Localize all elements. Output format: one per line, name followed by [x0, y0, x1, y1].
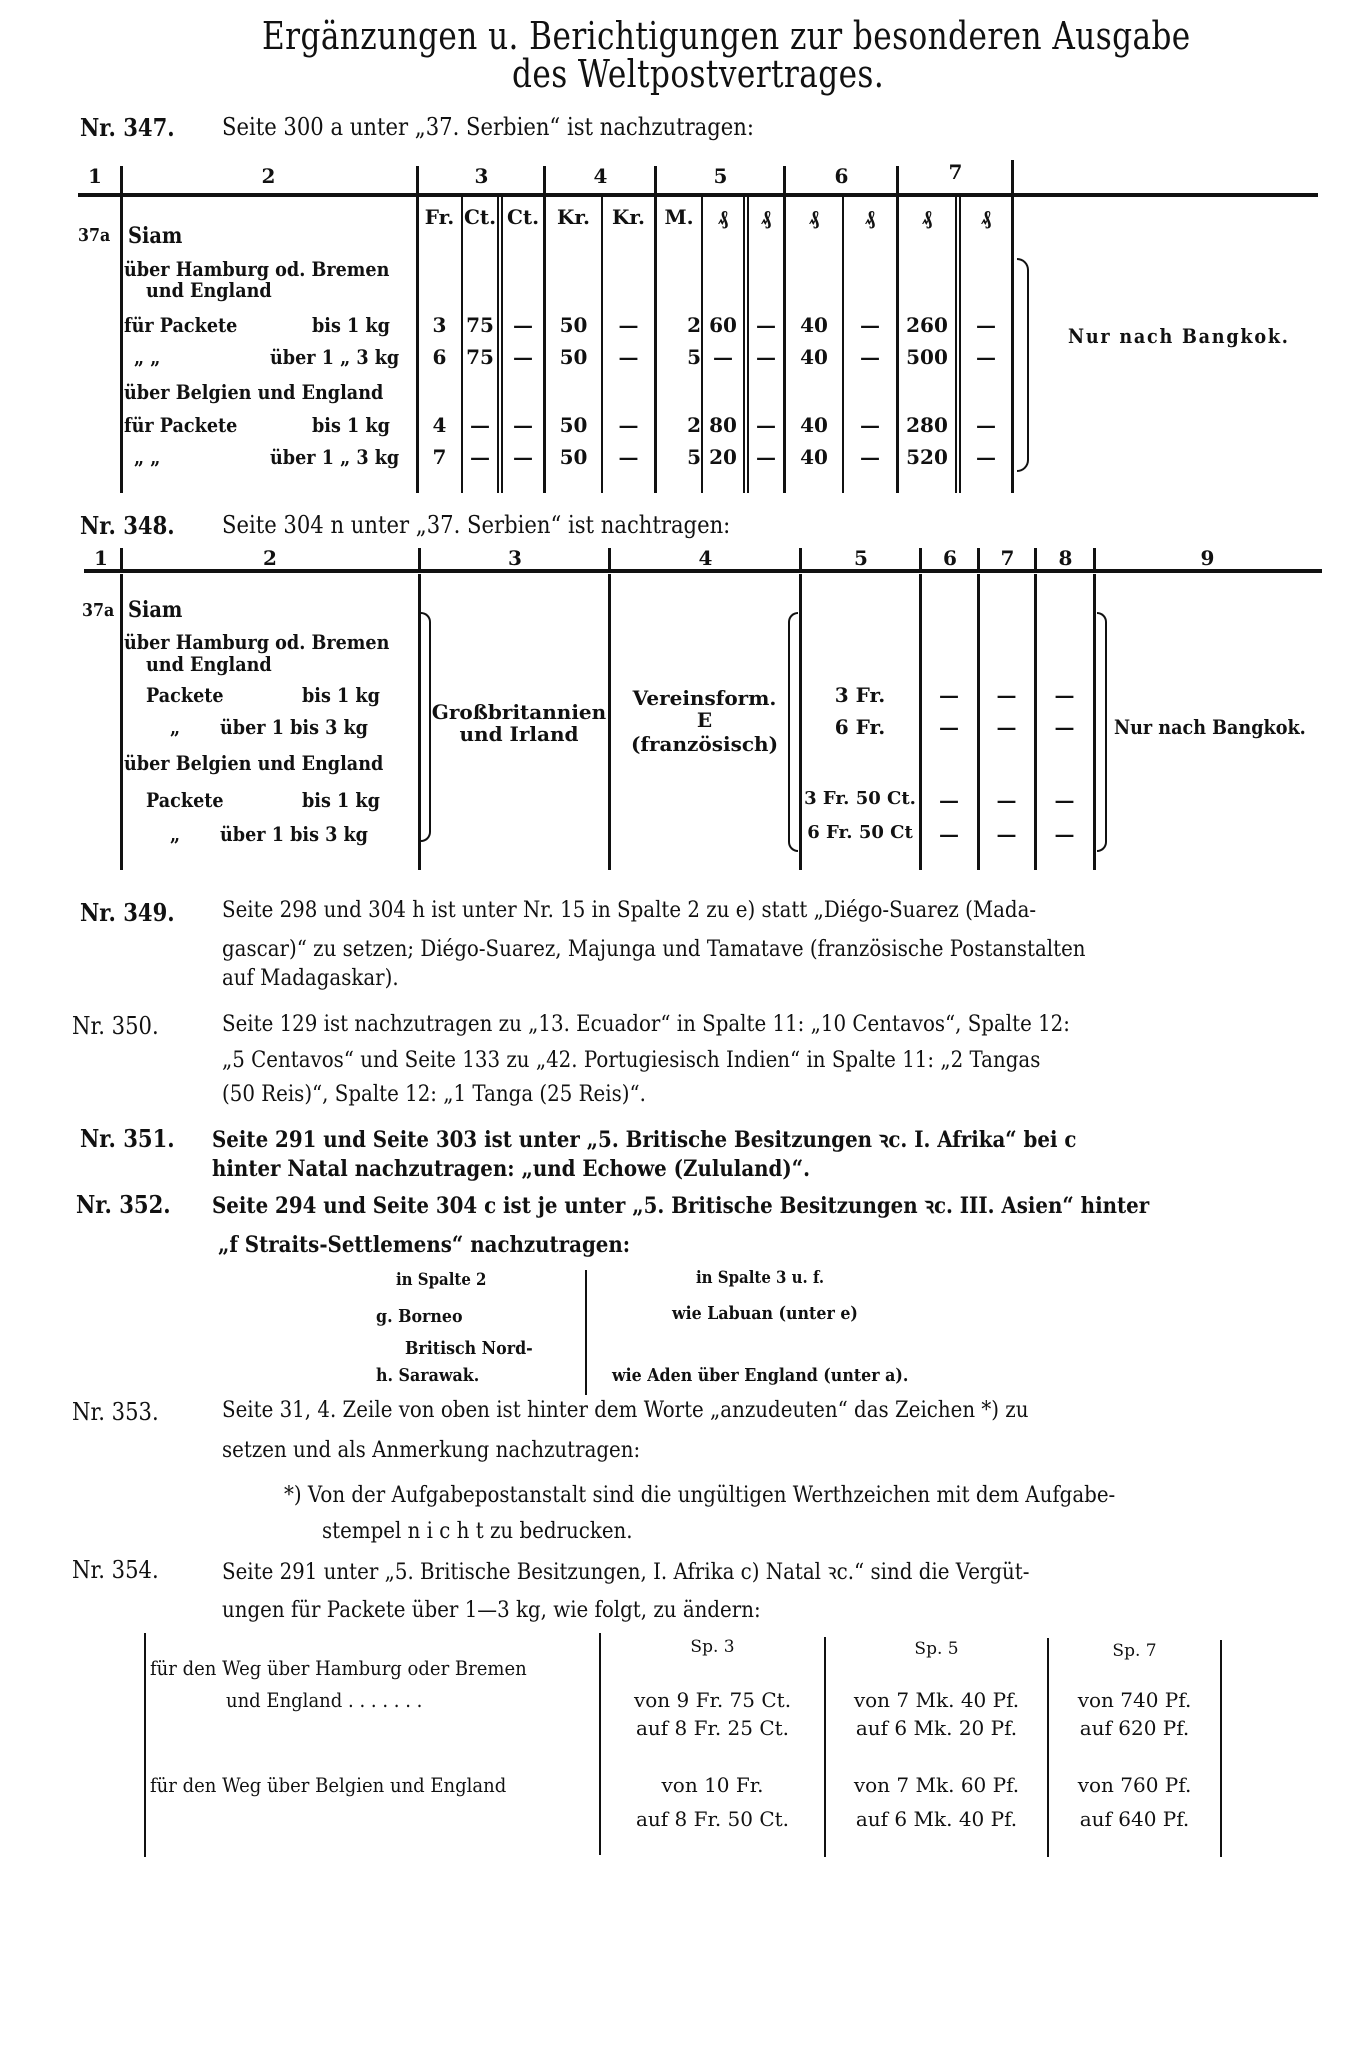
- form-label: E: [610, 708, 799, 732]
- cell-value: 260: [899, 313, 955, 337]
- cell-value: —: [503, 413, 543, 437]
- cell-value: 75: [463, 345, 497, 369]
- cell-value: —: [961, 345, 1011, 369]
- cell-value: 60: [703, 313, 743, 337]
- cell-value: —: [463, 445, 497, 469]
- cell-value: 7: [418, 445, 461, 469]
- col-number: 3: [418, 164, 545, 188]
- unit-label: ₰: [749, 205, 783, 230]
- cell-value: 6: [418, 345, 461, 369]
- unit-label: M.: [657, 205, 701, 229]
- subtable-left: Britisch Nord-: [405, 1338, 533, 1359]
- destination-country: Großbritannien: [430, 700, 608, 724]
- unit-label: Ct.: [463, 205, 497, 229]
- cell-value: —: [844, 445, 896, 469]
- col-number: 5: [656, 164, 785, 188]
- route-label: über Hamburg od. Bremen: [124, 630, 389, 654]
- cell-value: —: [749, 313, 783, 337]
- subtable-right: wie Aden über England (unter a).: [612, 1365, 908, 1386]
- col-number: 7: [898, 160, 1013, 184]
- cell-value: 40: [786, 345, 842, 369]
- cell-value: 3: [418, 313, 461, 337]
- cell-value: —: [749, 445, 783, 469]
- cell-value: —: [463, 413, 497, 437]
- column-header: Sp. 3: [601, 1637, 824, 1657]
- col-number: 6: [921, 546, 979, 570]
- footnote-line: *) Von der Aufgabepostanstalt sind die u…: [284, 1483, 1115, 1508]
- unit-label: ₰: [786, 205, 842, 230]
- cell-value: 50: [546, 313, 601, 337]
- route-label: und England: [146, 278, 272, 302]
- subtable-header: in Spalte 3 u. f.: [696, 1268, 824, 1288]
- column-header: Sp. 5: [826, 1639, 1047, 1659]
- cell-value: 5: [657, 345, 701, 369]
- cell-value: 50: [546, 445, 601, 469]
- cell-value: —: [503, 313, 543, 337]
- cell-value: —: [844, 313, 896, 337]
- unit-label: Ct.: [503, 205, 543, 229]
- page-title-line-2: des Weltpostvertrages.: [512, 52, 884, 96]
- cell-value: —: [961, 445, 1011, 469]
- cell-value: 2: [657, 313, 701, 337]
- entry-line: Seite 31, 4. Zeile von oben ist hinter d…: [222, 1398, 1028, 1423]
- col-number: 9: [1095, 546, 1320, 570]
- cell-value: —: [749, 413, 783, 437]
- col-number: 6: [785, 164, 898, 188]
- cell-value: —: [503, 445, 543, 469]
- cell-value: 40: [786, 413, 842, 437]
- cell-value: —: [603, 313, 654, 337]
- subtable-right: wie Labuan (unter e): [672, 1303, 858, 1324]
- cell-value: —: [603, 345, 654, 369]
- entry-line: Seite 129 ist nachzutragen zu „13. Ecuad…: [222, 1012, 1070, 1037]
- brace-icon: [1097, 612, 1107, 852]
- cell-value: —: [961, 313, 1011, 337]
- cell-value: 50: [546, 345, 601, 369]
- entry-number: Nr. 350.: [72, 1012, 159, 1040]
- brace-icon: [788, 612, 798, 852]
- destination-country: und Irland: [430, 722, 608, 746]
- route-label: über Belgien und England: [124, 380, 383, 404]
- entry-number: Nr. 352.: [76, 1190, 171, 1219]
- cell-value: 80: [703, 413, 743, 437]
- cell-value: 2: [657, 413, 701, 437]
- row-id: 37a: [82, 600, 114, 621]
- entry-line: Seite 298 und 304 h ist unter Nr. 15 in …: [222, 898, 1036, 923]
- entry-line: „5 Centavos“ und Seite 133 zu „42. Portu…: [222, 1048, 1040, 1073]
- cell-value: 50: [546, 413, 601, 437]
- unit-label: ₰: [899, 205, 955, 230]
- col-number: 1: [80, 164, 110, 188]
- entry-text: Seite 300 a unter „37. Serbien“ ist nach…: [222, 113, 754, 141]
- entry-number: Nr. 348.: [80, 511, 175, 540]
- route-label: über Belgien und England: [124, 751, 383, 775]
- subtable-left: g. Borneo: [376, 1306, 463, 1327]
- entry-line: (50 Reis)“, Spalte 12: „1 Tanga (25 Reis…: [222, 1082, 646, 1107]
- entry-line: setzen und als Anmerkung nachzutragen:: [222, 1438, 640, 1463]
- remark: Nur nach Bangkok.: [1068, 324, 1290, 348]
- subtable-header: in Spalte 2: [396, 1270, 486, 1290]
- cell-value: 75: [463, 313, 497, 337]
- country-name: Siam: [128, 223, 182, 249]
- entry-number: Nr. 351.: [80, 1124, 175, 1153]
- remark: Nur nach Bangkok.: [1114, 715, 1306, 739]
- entry-number: Nr. 353.: [72, 1398, 159, 1426]
- cell-value: 280: [899, 413, 955, 437]
- column-header: Sp. 7: [1049, 1641, 1220, 1661]
- entry-line: gascar)“ zu setzen; Diégo-Suarez, Majung…: [222, 937, 1086, 962]
- cell-value: —: [961, 413, 1011, 437]
- cell-value: 500: [899, 345, 955, 369]
- entry-text: Seite 304 n unter „37. Serbien“ ist nach…: [222, 511, 730, 539]
- col-number: 4: [545, 164, 656, 188]
- col-number: 2: [122, 546, 418, 570]
- country-name: Siam: [128, 597, 182, 623]
- cell-value: —: [844, 345, 896, 369]
- cell-value: 5: [657, 445, 701, 469]
- unit-label: ₰: [844, 205, 896, 230]
- unit-label: ₰: [961, 205, 1011, 230]
- cell-value: —: [703, 345, 743, 369]
- cell-value: 40: [786, 445, 842, 469]
- col-number: 1: [84, 546, 118, 570]
- entry-line: Seite 294 und Seite 304 c ist je unter „…: [212, 1190, 1149, 1220]
- entry-line: hinter Natal nachzutragen: „und Echowe (…: [212, 1156, 810, 1182]
- brace-icon: [1017, 258, 1029, 472]
- cell-value: 4: [418, 413, 461, 437]
- entry-number: Nr. 349.: [80, 898, 175, 927]
- entry-line: Seite 291 unter „5. Britische Besitzunge…: [222, 1556, 1029, 1586]
- entry-line: Seite 291 und Seite 303 ist unter „5. Br…: [212, 1124, 1076, 1154]
- form-label: Vereinsform.: [610, 686, 799, 710]
- entry-line: ungen für Packete über 1—3 kg, wie folgt…: [222, 1598, 761, 1623]
- header-rule: [78, 193, 1318, 197]
- cell-value: —: [749, 345, 783, 369]
- col-number: 3: [420, 546, 610, 570]
- col-number: 2: [122, 164, 415, 188]
- cell-value: —: [844, 413, 896, 437]
- col-number: 7: [979, 546, 1036, 570]
- entry-line: „f Straits-Settlemens“ nachzutragen:: [218, 1232, 630, 1258]
- cell-value: 40: [786, 313, 842, 337]
- cell-value: —: [503, 345, 543, 369]
- unit-label: Kr.: [603, 205, 654, 229]
- unit-label: ₰: [703, 205, 743, 230]
- cell-value: 520: [899, 445, 955, 469]
- subtable-left: h. Sarawak.: [376, 1365, 479, 1386]
- footnote-line: stempel n i c h t zu bedrucken.: [322, 1519, 633, 1544]
- route-label: und England: [146, 652, 272, 676]
- col-number: 4: [610, 546, 801, 570]
- cell-value: —: [603, 445, 654, 469]
- unit-label: Fr.: [418, 205, 461, 229]
- form-label: (französisch): [610, 732, 799, 756]
- header-rule: [84, 569, 1322, 573]
- row-id: 37a: [78, 225, 110, 246]
- entry-line: auf Madagaskar).: [222, 966, 399, 991]
- entry-number: Nr. 347.: [80, 113, 175, 142]
- col-number: 8: [1036, 546, 1095, 570]
- entry-number: Nr. 354.: [72, 1556, 159, 1584]
- unit-label: Kr.: [546, 205, 601, 229]
- cell-value: —: [603, 413, 654, 437]
- cell-value: 20: [703, 445, 743, 469]
- col-number: 5: [801, 546, 921, 570]
